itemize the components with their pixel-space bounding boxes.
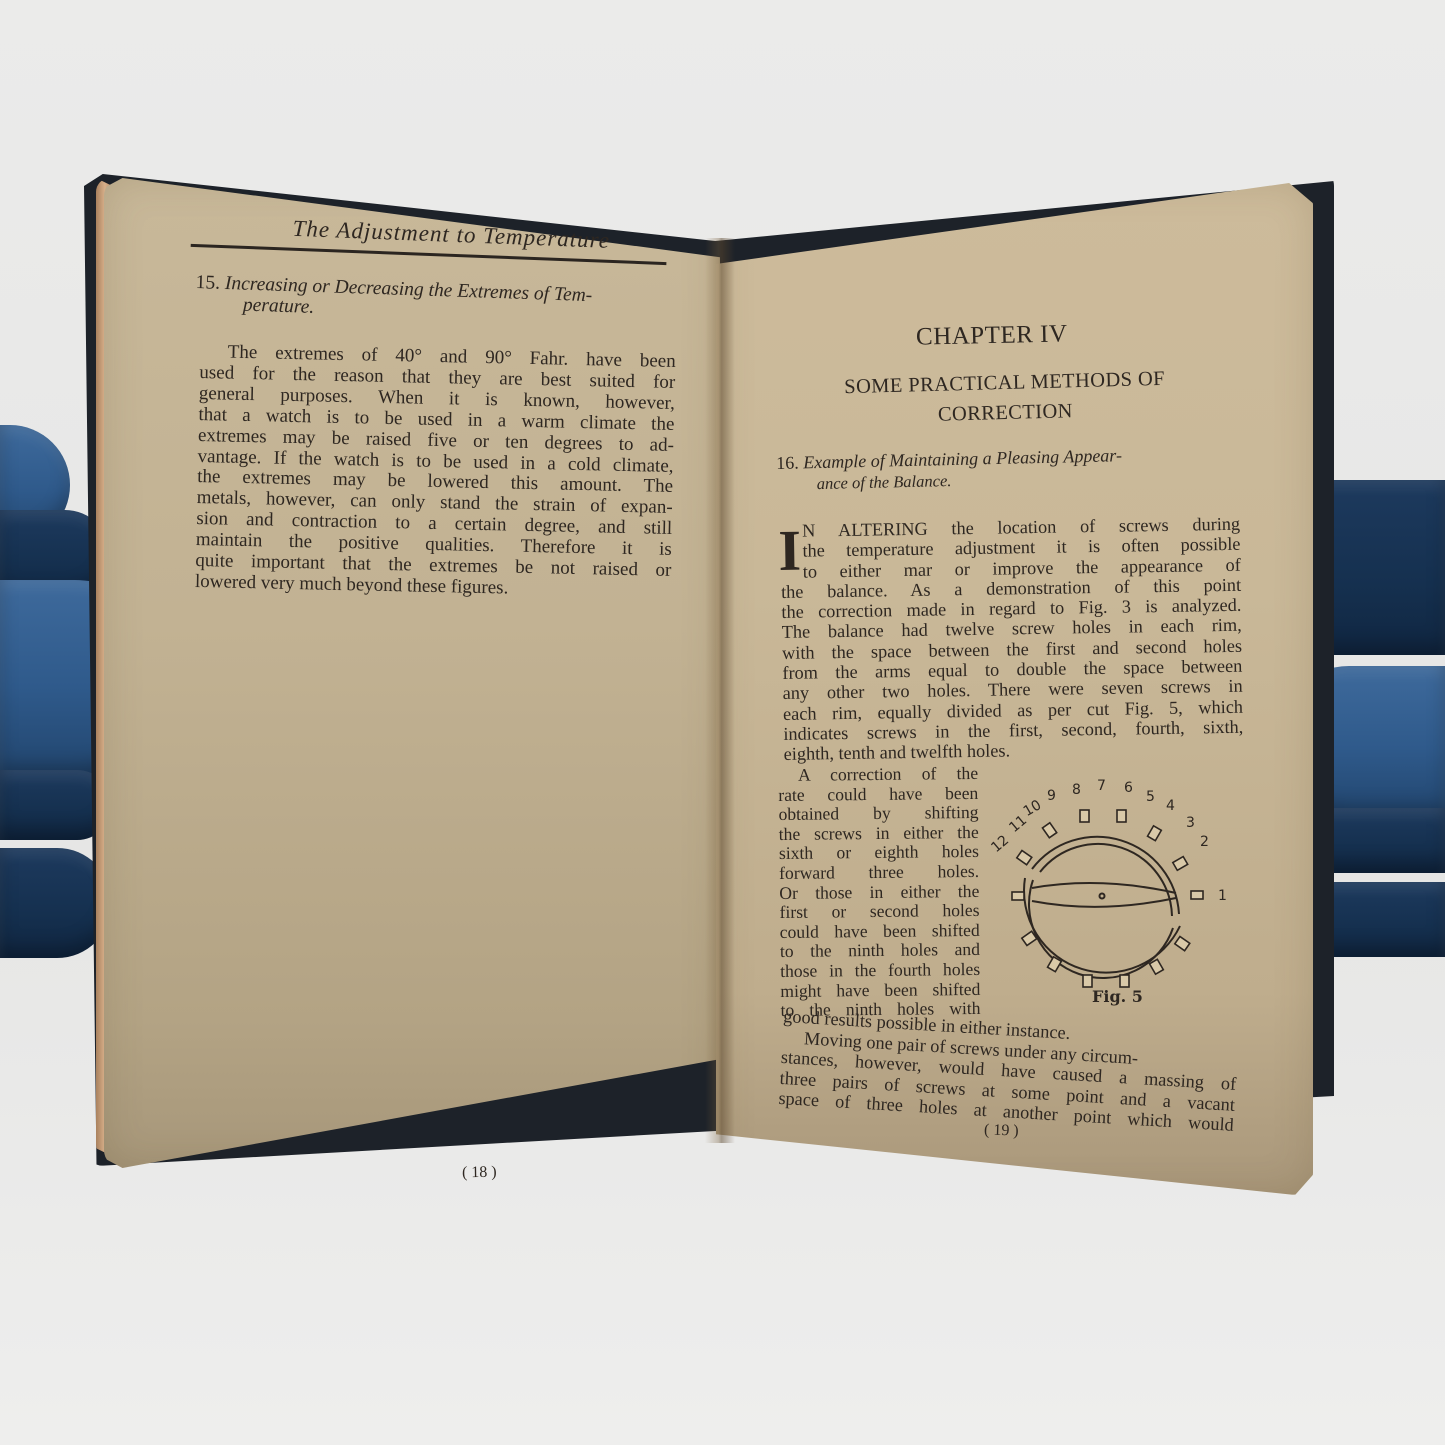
chapter-number: CHAPTER IV	[916, 320, 1068, 351]
section-number: 16.	[776, 452, 799, 473]
svg-text:8: 8	[1072, 782, 1081, 798]
svg-text:6: 6	[1124, 780, 1133, 796]
fig5-balance-wheel: 12 11 10 9 8 7 6 5 4 3 2 1	[980, 768, 1240, 1018]
figure-caption: Fig. 5	[1092, 987, 1143, 1006]
section-number: 15.	[195, 272, 220, 294]
svg-text:9: 9	[1047, 788, 1056, 804]
page-number-right: ( 19 )	[984, 1121, 1019, 1140]
right-paragraph-1: I N ALTERING the location of screws duri…	[780, 514, 1244, 765]
svg-text:2: 2	[1200, 834, 1209, 850]
chapter-title: SOME PRACTICAL METHODS OF CORRECTION	[814, 363, 1195, 433]
page-number-left: ( 18 )	[462, 1164, 497, 1183]
book-gutter	[705, 238, 735, 1143]
svg-text:7: 7	[1097, 778, 1106, 794]
svg-text:4: 4	[1166, 798, 1175, 814]
svg-text:10: 10	[1021, 797, 1044, 820]
balance-wheel-icon: 12 11 10 9 8 7 6 5 4 3 2 1	[980, 768, 1240, 1018]
photo-scene: The Adjustment to Temperature 15. Increa…	[0, 0, 1445, 1445]
svg-text:3: 3	[1186, 815, 1195, 831]
svg-text:5: 5	[1146, 789, 1155, 805]
left-paragraph: The extremes of 40° and 90° Fahr. have b…	[195, 342, 676, 603]
drop-cap: I	[778, 524, 801, 578]
svg-text:12: 12	[988, 832, 1012, 856]
svg-text:1: 1	[1218, 888, 1227, 904]
right-paragraph-2: A correction of the rate could have been…	[778, 764, 981, 1021]
